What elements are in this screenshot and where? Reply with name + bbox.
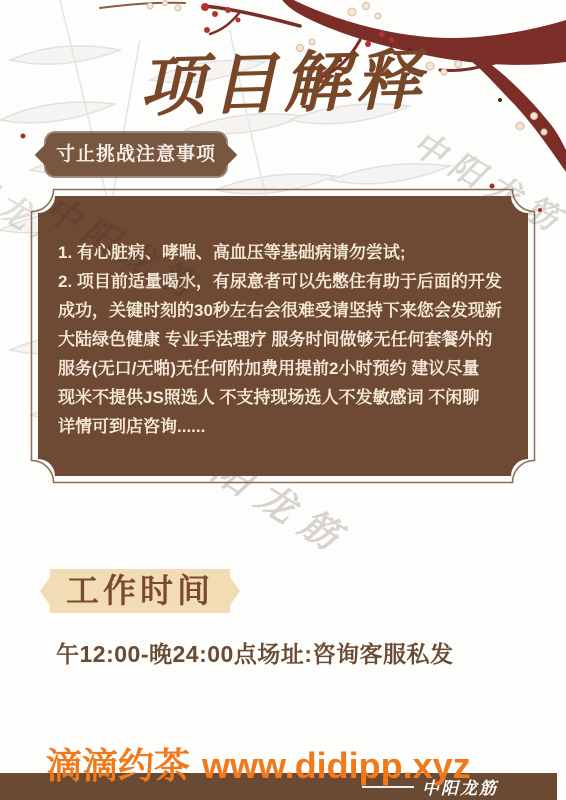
notice-badge: 寸止挑战注意事项 <box>46 133 226 176</box>
page-title: 项目解释 <box>0 23 566 133</box>
worktime-schedule: 午12:00-晚24:00点场址:咨询客服私发 <box>56 636 453 669</box>
notice-line: 2. 项目前适量喝水，有尿意者可以先憋住有助于后面的开发 <box>58 267 520 296</box>
footer-link[interactable]: 滴滴约茶www.didipp.xyz <box>46 738 471 789</box>
notice-badge-label: 寸止挑战注意事项 <box>46 133 226 176</box>
notice-line: 详情可到店咨询...... <box>58 412 520 441</box>
notice-line: 现米不提供JS照选人 不支持现场选人不发敏感词 不闲聊 <box>58 383 520 412</box>
worktime-badge-label: 工作时间 <box>40 569 240 613</box>
worktime-badge: 工作时间 <box>40 569 240 613</box>
footer-url[interactable]: www.didipp.xyz <box>202 745 471 786</box>
notice-text: 1. 有心脏病、哮喘、高血压等基础病请勿尝试; 2. 项目前适量喝水，有尿意者可… <box>58 238 520 441</box>
poster-page: 中阳龙筋 中阳龙筋 中阳龙筋 中阳龙筋 <box>0 0 566 800</box>
footer-brand: 滴滴约茶 <box>46 745 190 786</box>
notice-line: 成功，关键时刻的30秒左右会很难受请坚持下来您会发现新 <box>58 296 520 325</box>
notice-line: 服务(无口/无啪)无任何附加费用提前2小时预约 建议尽量 <box>58 354 520 383</box>
notice-box: 1. 有心脏病、哮喘、高血压等基础病请勿尝试; 2. 项目前适量喝水，有尿意者可… <box>30 188 536 484</box>
notice-line: 1. 有心脏病、哮喘、高血压等基础病请勿尝试; <box>58 238 520 267</box>
notice-line: 大陆绿色健康 专业手法理疗 服务时间做够无任何套餐外的 <box>58 325 520 354</box>
